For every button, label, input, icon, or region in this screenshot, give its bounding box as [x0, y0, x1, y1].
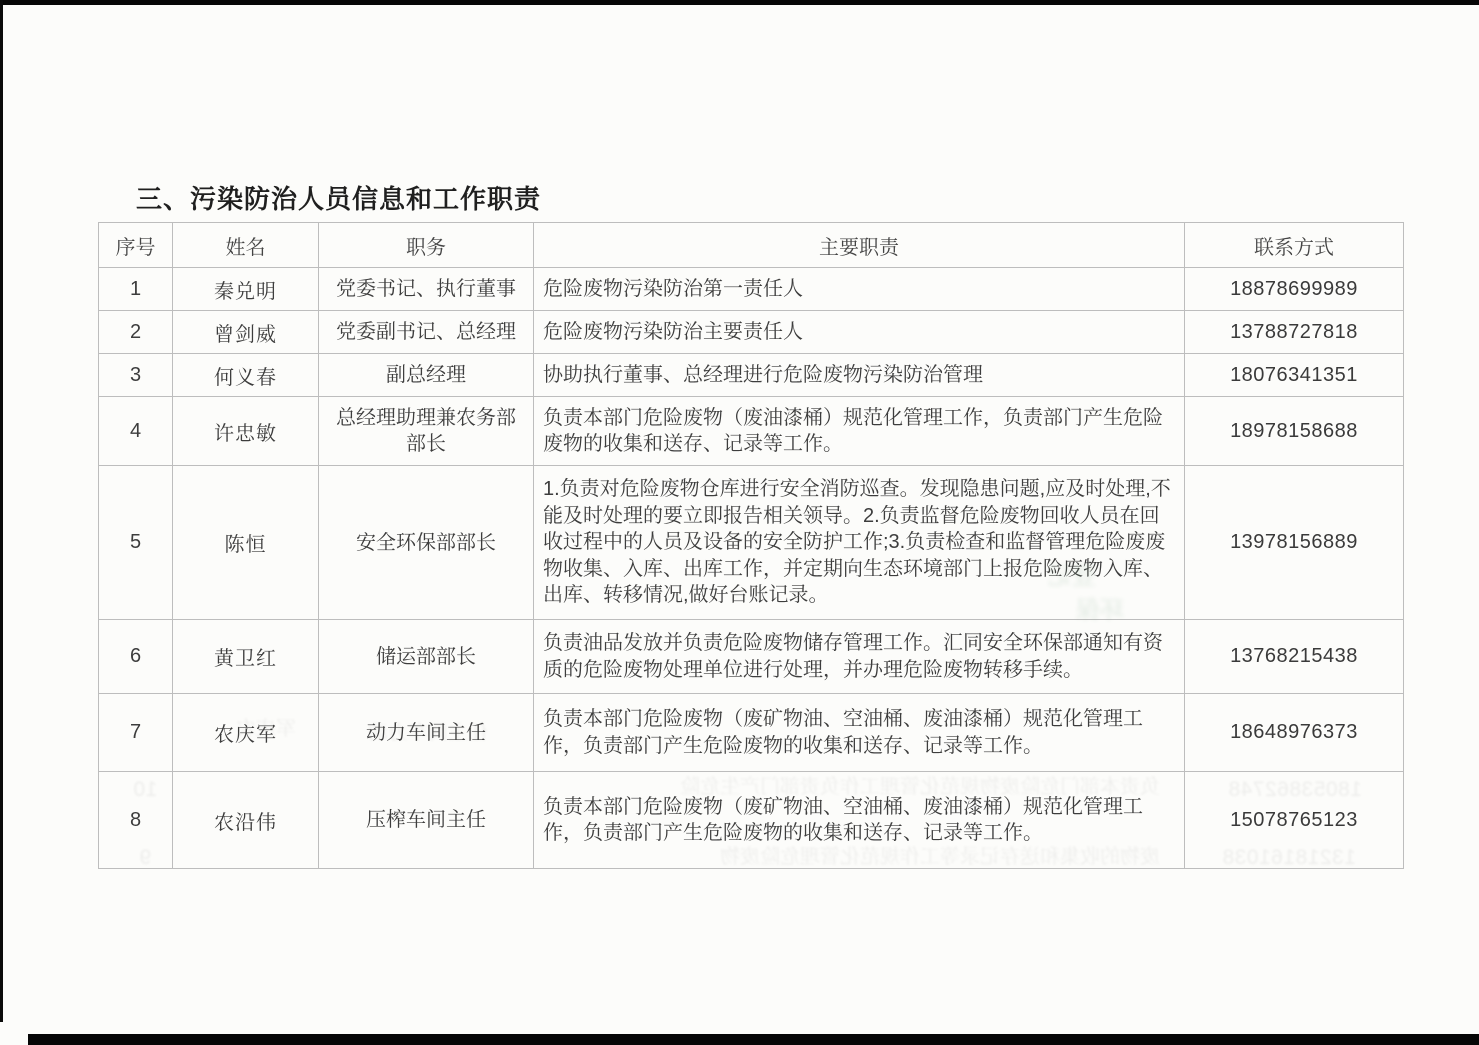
scanned-page: 三、污染防治人员信息和工作职责 序号 姓名 职务 主要职责 联系方式 1 秦兑明…: [0, 0, 1479, 1045]
cell-position: 副总经理: [319, 354, 534, 397]
table-row: 6 黄卫红 储运部部长 负责油品发放并负责危险废物储存管理工作。汇同安全环保部通…: [99, 620, 1404, 694]
cell-name: 农沿伟: [173, 772, 319, 869]
header-position: 职务: [319, 223, 534, 268]
table-row: 2 曾剑威 党委副书记、总经理 危险废物污染防治主要责任人 1378872781…: [99, 311, 1404, 354]
scan-edge-bottom: [28, 1034, 1479, 1045]
cell-position: 压榨车间主任: [319, 772, 534, 869]
header-duty: 主要职责: [534, 223, 1185, 268]
cell-phone: 18648976373: [1185, 694, 1404, 772]
table-row: 5 陈恒 安全环保部部长 1.负责对危险废物仓库进行安全消防巡查。发现隐患问题,…: [99, 466, 1404, 620]
cell-duty: 负责油品发放并负责危险废物储存管理工作。汇同安全环保部通知有资质的危险废物处理单…: [534, 620, 1185, 694]
cell-no: 1: [99, 268, 173, 311]
cell-position: 动力车间主任: [319, 694, 534, 772]
header-no: 序号: [99, 223, 173, 268]
cell-no: 6: [99, 620, 173, 694]
cell-no: 8: [99, 772, 173, 869]
cell-no: 3: [99, 354, 173, 397]
cell-phone: 13768215438: [1185, 620, 1404, 694]
table-row: 3 何义春 副总经理 协助执行董事、总经理进行危险废物污染防治管理 180763…: [99, 354, 1404, 397]
cell-name: 农庆军: [173, 694, 319, 772]
cell-no: 5: [99, 466, 173, 620]
table-row: 1 秦兑明 党委书记、执行董事 危险废物污染防治第一责任人 1887869998…: [99, 268, 1404, 311]
cell-name: 秦兑明: [173, 268, 319, 311]
table-row: 8 农沿伟 压榨车间主任 负责本部门危险废物（废矿物油、空油桶、废油漆桶）规范化…: [99, 772, 1404, 869]
cell-name: 许忠敏: [173, 397, 319, 466]
cell-position: 党委副书记、总经理: [319, 311, 534, 354]
cell-duty: 危险废物污染防治第一责任人: [534, 268, 1185, 311]
section-title: 三、污染防治人员信息和工作职责: [136, 179, 541, 216]
cell-phone: 15078765123: [1185, 772, 1404, 869]
cell-phone: 13978156889: [1185, 466, 1404, 620]
header-phone: 联系方式: [1185, 223, 1404, 268]
cell-position: 总经理助理兼农务部部长: [319, 397, 534, 466]
cell-no: 7: [99, 694, 173, 772]
cell-duty: 协助执行董事、总经理进行危险废物污染防治管理: [534, 354, 1185, 397]
scan-edge-left: [0, 0, 3, 1022]
cell-duty: 危险废物污染防治主要责任人: [534, 311, 1185, 354]
table-row: 4 许忠敏 总经理助理兼农务部部长 负责本部门危险废物（废油漆桶）规范化管理工作…: [99, 397, 1404, 466]
table-row: 7 农庆军 动力车间主任 负责本部门危险废物（废矿物油、空油桶、废油漆桶）规范化…: [99, 694, 1404, 772]
cell-phone: 18076341351: [1185, 354, 1404, 397]
cell-phone: 13788727818: [1185, 311, 1404, 354]
cell-name: 陈恒: [173, 466, 319, 620]
cell-no: 2: [99, 311, 173, 354]
personnel-table: 序号 姓名 职务 主要职责 联系方式 1 秦兑明 党委书记、执行董事 危险废物污…: [98, 222, 1404, 869]
cell-phone: 18978158688: [1185, 397, 1404, 466]
cell-name: 黄卫红: [173, 620, 319, 694]
scan-edge-top: [0, 0, 1479, 5]
cell-position: 党委书记、执行董事: [319, 268, 534, 311]
cell-duty: 负责本部门危险废物（废矿物油、空油桶、废油漆桶）规范化管理工作，负责部门产生危险…: [534, 694, 1185, 772]
cell-name: 曾剑威: [173, 311, 319, 354]
cell-position: 安全环保部部长: [319, 466, 534, 620]
cell-phone: 18878699989: [1185, 268, 1404, 311]
cell-name: 何义春: [173, 354, 319, 397]
header-name: 姓名: [173, 223, 319, 268]
cell-duty: 1.负责对危险废物仓库进行安全消防巡查。发现隐患问题,应及时处理,不能及时处理的…: [534, 466, 1185, 620]
table-header-row: 序号 姓名 职务 主要职责 联系方式: [99, 223, 1404, 268]
cell-no: 4: [99, 397, 173, 466]
cell-duty: 负责本部门危险废物（废矿物油、空油桶、废油漆桶）规范化管理工作，负责部门产生危险…: [534, 772, 1185, 869]
cell-position: 储运部部长: [319, 620, 534, 694]
cell-duty: 负责本部门危险废物（废油漆桶）规范化管理工作，负责部门产生危险废物的收集和送存、…: [534, 397, 1185, 466]
